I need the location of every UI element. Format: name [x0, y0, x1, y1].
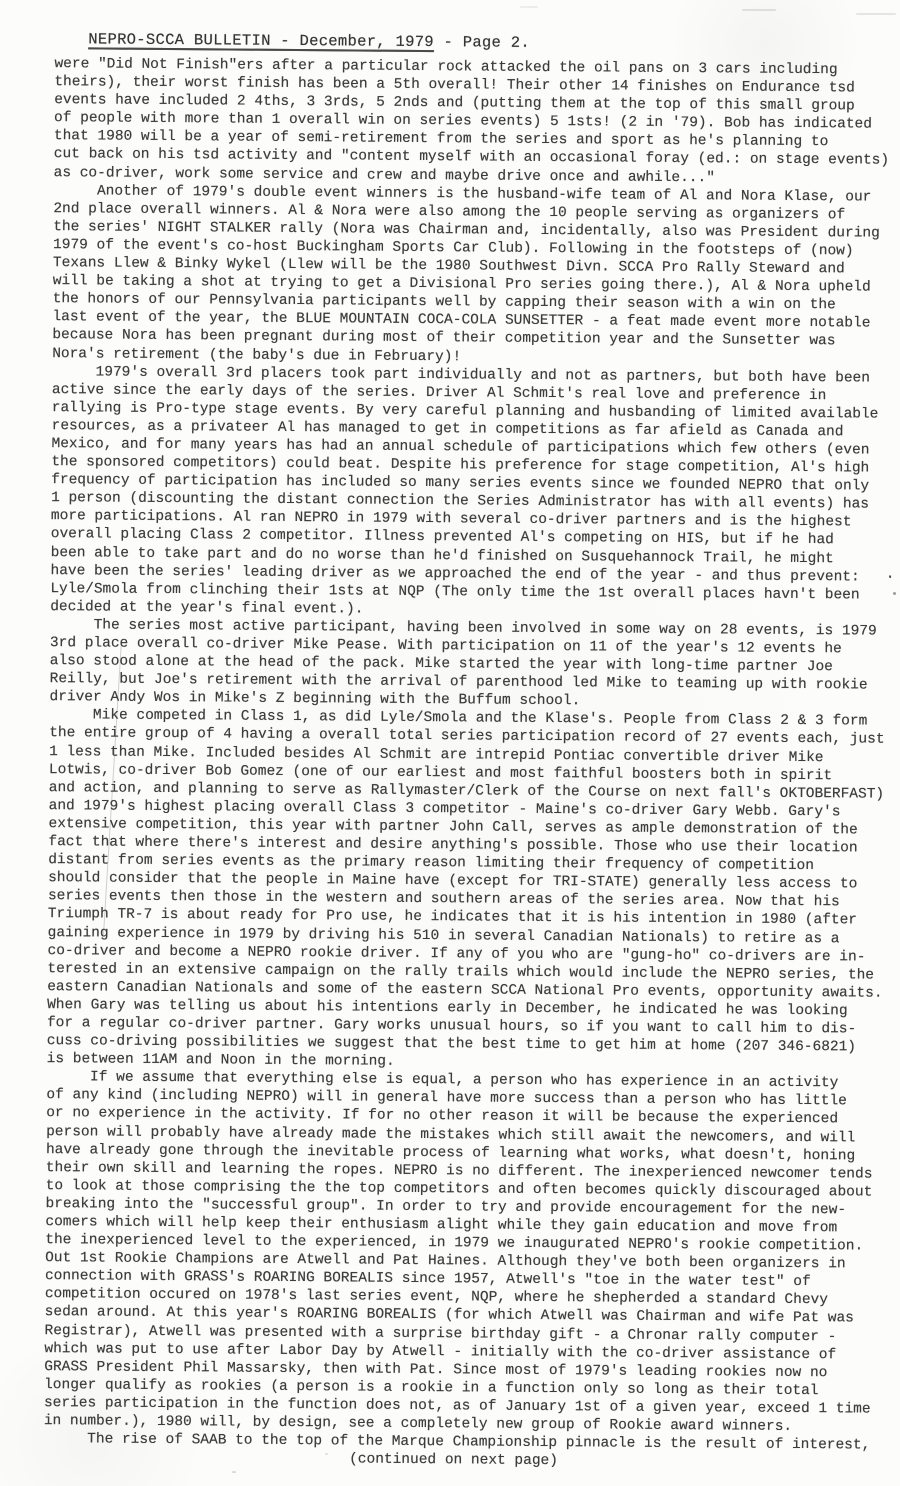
- paragraph: were "Did Not Finish"ers after a particu…: [54, 55, 900, 188]
- scan-smudge-artifact: [520, 6, 538, 8]
- scan-dot-artifact: [893, 592, 896, 595]
- scanned-page: NEPRO-SCCA BULLETIN - December, 1979 - P…: [0, 0, 900, 1486]
- paragraph: 1979's overall 3rd placers took part ind…: [50, 363, 900, 623]
- scan-smudge-artifact: [856, 13, 896, 15]
- page-title-underlined: NEPRO-SCCA BULLETIN - December, 1979: [88, 30, 434, 51]
- page-title-rest: - Page 2.: [434, 33, 530, 52]
- scan-dot-artifact: [325, 1453, 328, 1455]
- paragraph: The series most active participant, havi…: [49, 616, 900, 713]
- paragraph: Mike competed in Class 1, as did Lyle/Sm…: [47, 706, 900, 1075]
- paragraph: If we assume that everything else is equ…: [44, 1068, 897, 1455]
- page-body: were "Did Not Finish"ers after a particu…: [43, 55, 900, 1473]
- paragraph: Another of 1979's double event winners i…: [52, 182, 900, 370]
- scan-skew-wrapper: NEPRO-SCCA BULLETIN - December, 1979 - P…: [0, 0, 900, 7]
- scan-dot-artifact: [232, 1471, 236, 1473]
- scan-smudge-artifact: [742, 9, 776, 11]
